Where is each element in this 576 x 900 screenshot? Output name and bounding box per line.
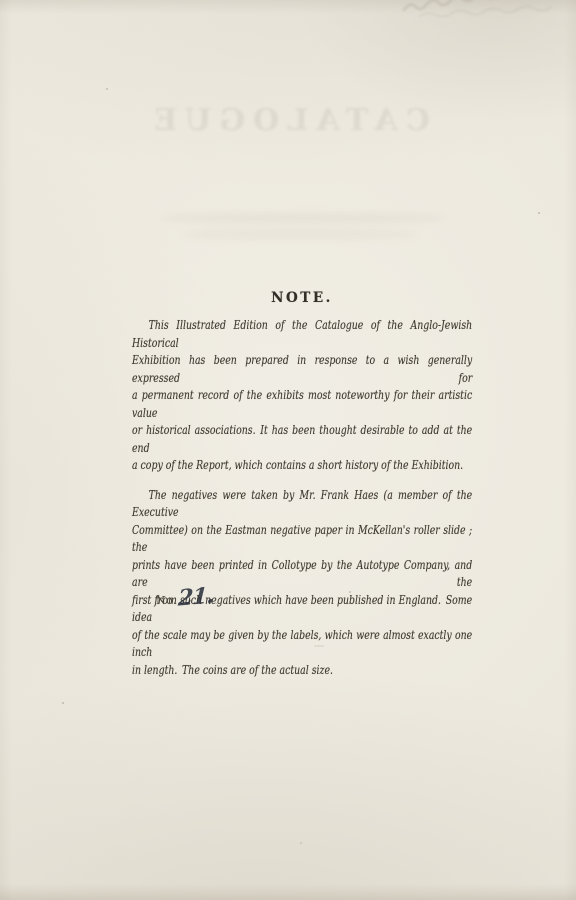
paragraph-2: The negatives were taken by Mr. Frank Ha… [132,486,472,679]
bleedthrough-title: CATALOGUE [0,103,576,138]
dotted-rule: ....... [215,597,244,606]
scanned-page: CATALOGUE NOTE. This Illustrated Edition… [0,0,576,900]
text-line: a permanent record of the exhibits most … [132,386,472,421]
paper-speck [62,702,64,704]
pencil-inscription [400,0,572,26]
text-line: of the scale may be given by the labels,… [132,626,472,661]
paper-speck [300,842,302,844]
bleedthrough-band [158,214,448,222]
bleedthrough-band [180,230,420,238]
paper-speck [314,645,324,647]
text-line: This Illustrated Edition of the Catalogu… [132,316,472,351]
paper-speck [106,88,108,90]
text-line: or historical associations. It has been … [132,421,472,456]
copy-number-line: No. 21. ....... [156,584,244,610]
paper-speck [349,591,351,593]
note-text: This Illustrated Edition of the Catalogu… [132,316,472,678]
text-line: The negatives were taken by Mr. Frank Ha… [132,486,472,521]
paper-speck [538,212,540,214]
note-heading: NOTE. [132,290,472,306]
text-line: in length. The coins are of the actual s… [132,661,472,679]
text-line: a copy of the Report, which contains a s… [132,456,472,474]
text-line: Committee) on the Eastman negative paper… [132,521,472,556]
number-label: No. [156,594,177,607]
handwritten-number: 21. [177,582,214,611]
paragraph-1: This Illustrated Edition of the Catalogu… [132,316,472,474]
text-line: Exhibition has been prepared in response… [132,351,472,386]
